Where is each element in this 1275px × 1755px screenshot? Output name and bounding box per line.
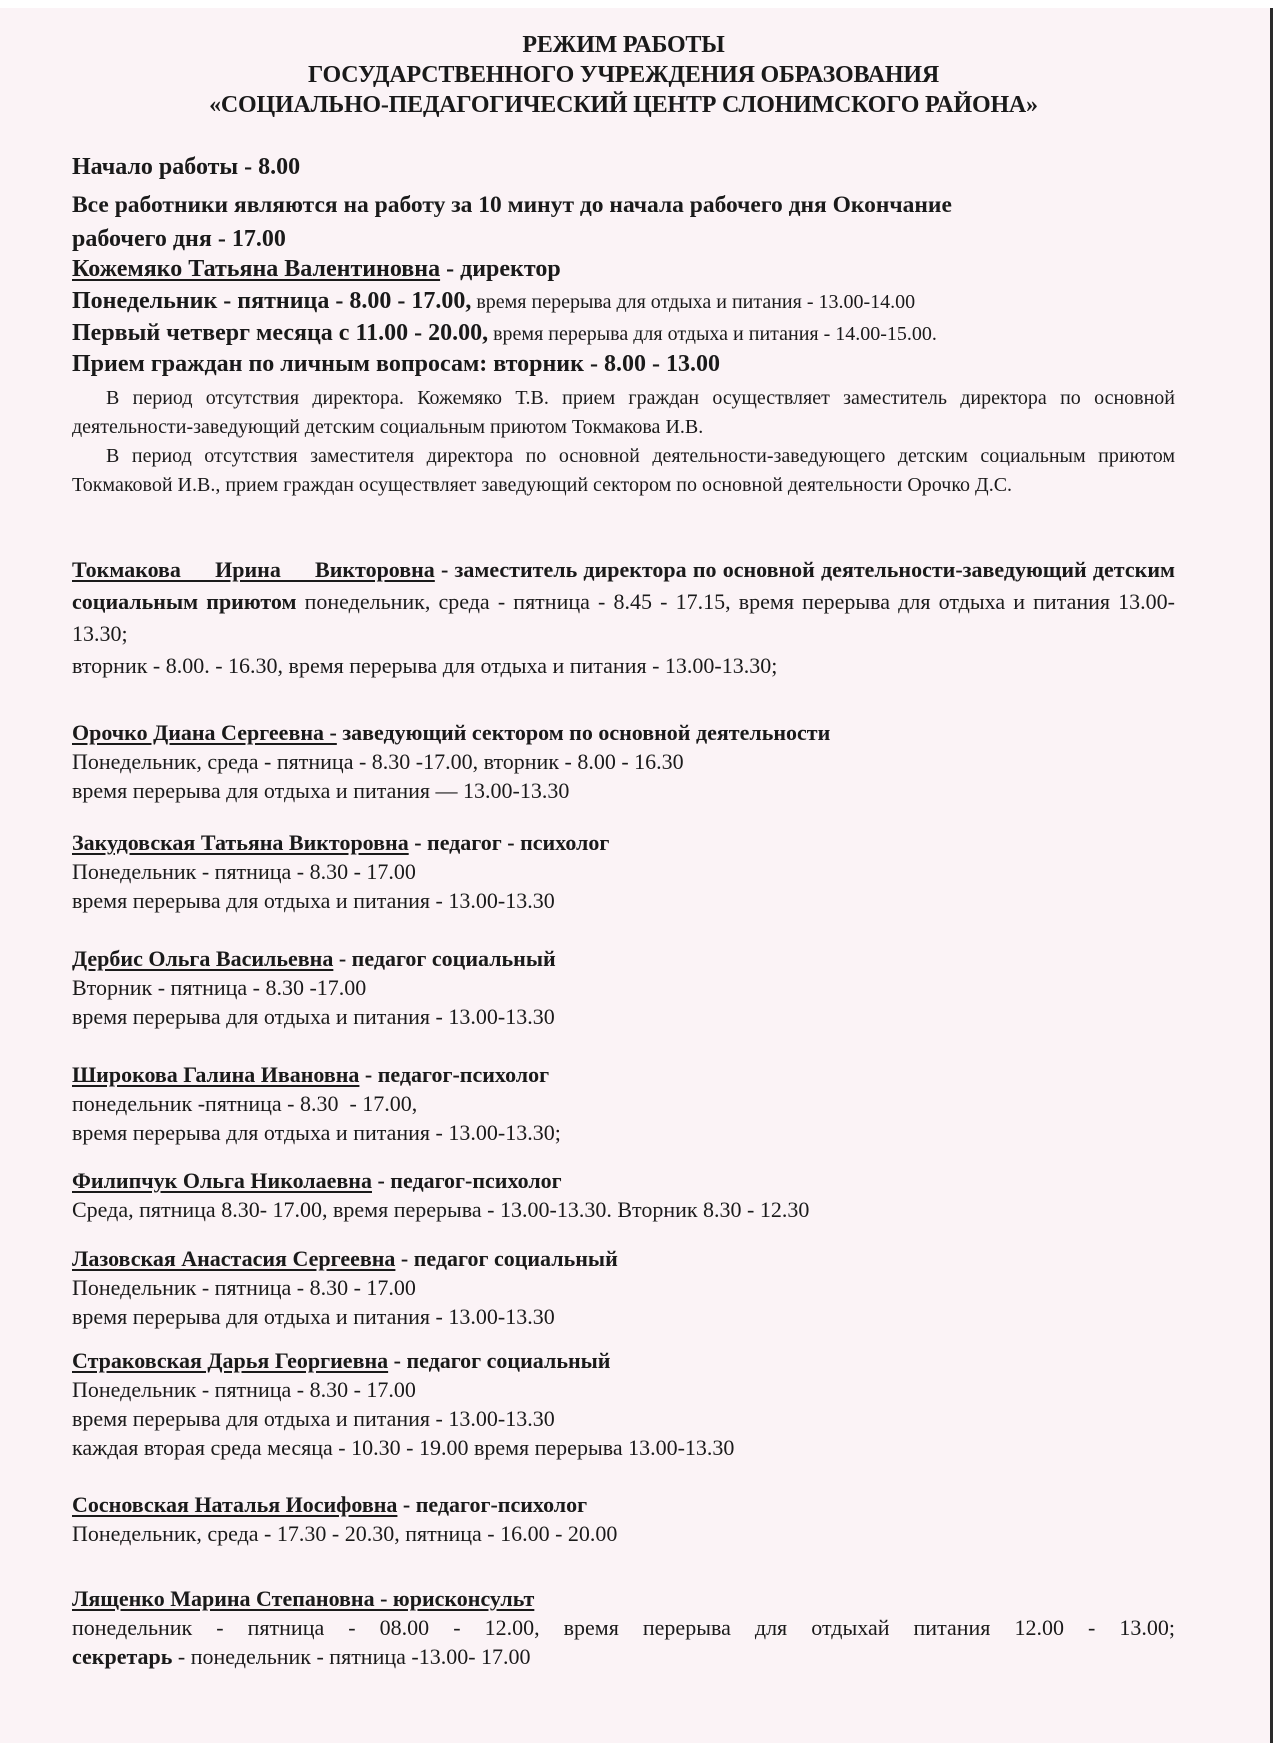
staff-entry-lazovskaya: Лазовская Анастасия Сергеевна - педагог … <box>72 1246 618 1330</box>
staff-name: Орочко Диана Сергеевна - <box>72 720 337 745</box>
staff-schedule: Понедельник - пятница - 8.30 - 17.00 <box>72 1275 618 1301</box>
staff-name: Филипчук Ольга Николаевна <box>72 1168 372 1193</box>
staff-schedule: Понедельник, среда - пятница - 8.30 -17.… <box>72 749 830 775</box>
secretary-label: секретарь <box>72 1644 172 1669</box>
staff-entry-lyashchenko: Лященко Марина Степановна - юрисконсульт… <box>72 1586 1175 1670</box>
director-role: - директор <box>440 256 561 282</box>
staff-role: - педагог социальный <box>333 946 555 971</box>
staff-break: время перерыва для отдыха и питания - 13… <box>72 1406 734 1432</box>
staff-role: - педагог социальный <box>388 1348 610 1373</box>
staff-name: Закудовская Татьяна Викторовна <box>72 830 409 855</box>
staff-name: Дербис Ольга Васильевна <box>72 946 333 971</box>
staff-schedule: Среда, пятница 8.30- 17.00, время переры… <box>72 1197 809 1223</box>
staff-break: время перерыва для отдыха и питания - 13… <box>72 888 609 914</box>
staff-entry-shirokova: Широкова Галина Ивановна - педагог-психо… <box>72 1062 561 1146</box>
title-line: ГОСУДАРСТВЕННОГО УЧРЕЖДЕНИЯ ОБРАЗОВАНИЯ <box>72 60 1175 90</box>
staff-break: время перерыва для отдыха и питания - 13… <box>72 1304 618 1330</box>
staff-role: - педагог-психолог <box>372 1168 562 1193</box>
staff-schedule: Понедельник - пятница - 8.30 - 17.00 <box>72 1377 734 1403</box>
work-start: Начало работы - 8.00 <box>72 154 300 181</box>
staff-break: время перерыва для отдыха и питания - 13… <box>72 1120 561 1146</box>
staff-schedule: Понедельник, среда - 17.30 - 20.30, пятн… <box>72 1521 617 1547</box>
director-schedule-thursday: Первый четверг месяца с 11.00 - 20.00, в… <box>72 320 937 347</box>
staff-schedule: понедельник - пятница - 08.00 - 12.00, в… <box>72 1615 1175 1641</box>
staff-schedule: Вторник - пятница - 8.30 -17.00 <box>72 975 556 1001</box>
staff-name: Страковская Дарья Георгиевна <box>72 1348 388 1373</box>
staff-schedule: вторник - 8.00. - 16.30, время перерыва … <box>72 650 1175 682</box>
staff-schedule: понедельник -пятница - 8.30 - 17.00, <box>72 1091 561 1117</box>
document-title: РЕЖИМ РАБОТЫ ГОСУДАРСТВЕННОГО УЧРЕЖДЕНИЯ… <box>72 30 1175 120</box>
arrival-rule: Все работники являются на работу за 10 м… <box>72 192 952 219</box>
director-reception: Прием граждан по личным вопросам: вторни… <box>72 351 720 378</box>
work-end: рабочего дня - 17.00 <box>72 226 286 253</box>
staff-schedule-extra: каждая вторая среда месяца - 10.30 - 19.… <box>72 1435 734 1461</box>
staff-role: - педагог-психолог <box>397 1492 587 1517</box>
staff-entry-derbis: Дербис Ольга Васильевна - педагог социал… <box>72 946 556 1030</box>
title-line: «СОЦИАЛЬНО-ПЕДАГОГИЧЕСКИЙ ЦЕНТР СЛОНИМСК… <box>72 90 1175 120</box>
staff-entry-orochko: Орочко Диана Сергеевна - заведующий сект… <box>72 720 830 804</box>
staff-entry-tokmakova: Токмакова Ирина Викторовна - заместитель… <box>72 554 1175 682</box>
staff-role: - педагог-психолог <box>359 1062 549 1087</box>
staff-entry-filipchuk: Филипчук Ольга Николаевна - педагог-псих… <box>72 1168 809 1223</box>
scanned-page: РЕЖИМ РАБОТЫ ГОСУДАРСТВЕННОГО УЧРЕЖДЕНИЯ… <box>0 8 1273 1743</box>
staff-entry-zakudovskaya: Закудовская Татьяна Викторовна - педагог… <box>72 830 609 914</box>
staff-entry-strakovskaya: Страковская Дарья Георгиевна - педагог с… <box>72 1348 734 1461</box>
director-absence-note: В период отсутствия директора. Кожемяко … <box>72 384 1175 442</box>
staff-name: Токмакова Ирина Викторовна <box>72 557 435 582</box>
secretary-schedule: секретарь - понедельник - пятница -13.00… <box>72 1644 1175 1670</box>
staff-break: время перерыва для отдыха и питания — 13… <box>72 778 830 804</box>
director-heading: Кожемяко Татьяна Валентиновна - директор <box>72 256 561 283</box>
staff-break: время перерыва для отдыха и питания - 13… <box>72 1004 556 1030</box>
director-name: Кожемяко Татьяна Валентиновна <box>72 256 440 282</box>
staff-role: - педагог социальный <box>395 1246 617 1271</box>
director-schedule-weekdays: Понедельник - пятница - 8.00 - 17.00, вр… <box>72 288 915 315</box>
staff-role: - педагог - психолог <box>409 830 610 855</box>
staff-role: заведующий сектором по основной деятельн… <box>337 720 830 745</box>
staff-schedule: Понедельник - пятница - 8.30 - 17.00 <box>72 859 609 885</box>
staff-name: Лазовская Анастасия Сергеевна <box>72 1246 395 1271</box>
staff-name: Сосновская Наталья Иосифовна <box>72 1492 397 1517</box>
staff-name: Широкова Галина Ивановна <box>72 1062 359 1087</box>
staff-name: Лященко Марина Степановна - юрисконсульт <box>72 1586 534 1611</box>
deputy-absence-note: В период отсутствия заместителя директор… <box>72 442 1175 500</box>
title-line: РЕЖИМ РАБОТЫ <box>72 30 1175 60</box>
staff-entry-sosnovskaya: Сосновская Наталья Иосифовна - педагог-п… <box>72 1492 617 1547</box>
